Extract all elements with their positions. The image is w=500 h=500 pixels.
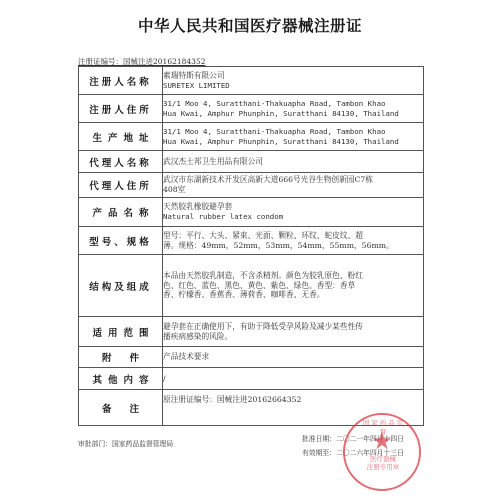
- valid-until-label: 有效期至：: [302, 449, 336, 457]
- row-label: 产品名称: [79, 198, 163, 227]
- value-line: 天然胶乳橡胶避孕套: [163, 202, 423, 212]
- table-row: 适用范围 避孕套在正确使用下，有助于降低受孕风险及减少某些性传 播疾病感染的风险…: [79, 317, 424, 347]
- value-line: /: [163, 374, 423, 384]
- value-line: 产品技术要求: [163, 352, 423, 362]
- value-line: 素瑞特斯有限公司: [163, 71, 423, 81]
- row-label: 代理人住所: [79, 173, 163, 198]
- value-line: 408室: [163, 185, 423, 195]
- cert-number-label: 注册证编号：: [78, 57, 123, 66]
- production-address: 31/1 Moo 4, Suratthani-Thakuapha Road, T…: [163, 123, 424, 151]
- table-row: 产品名称 天然胶乳橡胶避孕套 Natural rubber latex cond…: [79, 198, 424, 227]
- structure-composition: 本品由天然胶乳制造，不含杀精剂。颜色为胶乳原色、粉红 色、红色、蓝色、黑色、黄色…: [163, 255, 424, 317]
- table-row: 其他内容 /: [79, 368, 424, 390]
- product-name: 天然胶乳橡胶避孕套 Natural rubber latex condom: [163, 198, 424, 227]
- value-line: 香、柠檬香、香蕉香、薄荷香、咖啡香、无香。: [163, 290, 423, 300]
- value-line: 31/1 Moo 4, Suratthani-Thakuapha Road, T…: [163, 127, 423, 137]
- approval-dept-label: 审批部门：: [78, 440, 112, 448]
- other-content: /: [163, 368, 424, 390]
- row-label: 注册人名称: [79, 67, 163, 95]
- table-row: 代理人名称 武汉杰士邦卫生用品有限公司: [79, 151, 424, 173]
- table-row: 备注 原注册证编号：国械注进20162664352: [79, 390, 424, 426]
- value-line: Hua Kwai, Amphur Phunphin, Suratthani 84…: [163, 109, 423, 119]
- table-row: 注册人住所 31/1 Moo 4, Suratthani-Thakuapha R…: [79, 95, 424, 123]
- row-label: 适用范围: [79, 317, 163, 347]
- approval-date: 批准日期：二〇二一年四月十四日: [302, 432, 404, 446]
- seal-line: 注册专用章: [359, 463, 407, 471]
- value-line: 武汉市东湖新技术开发区高新大道666号光谷生物创新园C7栋: [163, 175, 423, 185]
- row-label: 生产地址: [79, 123, 163, 151]
- valid-until-value: 二〇二六年四月十三日: [336, 449, 404, 457]
- valid-until: 有效期至：二〇二六年四月十三日: [302, 446, 404, 460]
- row-label: 其他内容: [79, 368, 163, 390]
- value-line: SURETEX LIMITED: [163, 81, 423, 91]
- approval-date-label: 批准日期：: [302, 435, 336, 443]
- row-label: 附件: [79, 347, 163, 368]
- row-label: 备注: [79, 390, 163, 426]
- value-line: 薄。规格：49mm，52mm，53mm，54mm，55mm，56mm。: [163, 241, 423, 251]
- approval-dept-value: 国家药品监督管理局: [112, 440, 173, 448]
- value-line: Hua Kwai, Amphur Phunphin, Suratthani 84…: [163, 137, 423, 147]
- registration-table: 注册人名称 素瑞特斯有限公司 SURETEX LIMITED 注册人住所 31/…: [78, 66, 424, 426]
- approval-dates: 批准日期：二〇二一年四月十四日 有效期至：二〇二六年四月十三日: [302, 432, 404, 460]
- table-row: 注册人名称 素瑞特斯有限公司 SURETEX LIMITED: [79, 67, 424, 95]
- approval-department: 审批部门：国家药品监督管理局: [78, 438, 173, 448]
- model-spec: 型号：平行、大头、紧束、光面、颗粒、环纹、蛇皮纹、超 薄。规格：49mm，52m…: [163, 227, 424, 255]
- attachments: 产品技术要求: [163, 347, 424, 368]
- registrant-name: 素瑞特斯有限公司 SURETEX LIMITED: [163, 67, 424, 95]
- table-row: 代理人住所 武汉市东湖新技术开发区高新大道666号光谷生物创新园C7栋 408室: [79, 173, 424, 198]
- approval-date-value: 二〇二一年四月十四日: [336, 435, 404, 443]
- intended-use: 避孕套在正确使用下，有助于降低受孕风险及减少某些性传 播疾病感染的风险。: [163, 317, 424, 347]
- row-label: 注册人住所: [79, 95, 163, 123]
- cert-number-value: 国械注进20162184352: [123, 57, 206, 66]
- remarks: 原注册证编号：国械注进20162664352: [163, 390, 424, 426]
- value-line: Natural rubber latex condom: [163, 212, 423, 222]
- value-line: 播疾病感染的风险。: [163, 332, 423, 342]
- agent-address: 武汉市东湖新技术开发区高新大道666号光谷生物创新园C7栋 408室: [163, 173, 424, 198]
- value-line: 型号：平行、大头、紧束、光面、颗粒、环纹、蛇皮纹、超: [163, 231, 423, 241]
- page-title: 中华人民共和国医疗器械注册证: [0, 14, 500, 36]
- value-line: 武汉杰士邦卫生用品有限公司: [163, 157, 423, 167]
- row-label: 代理人名称: [79, 151, 163, 173]
- agent-name: 武汉杰士邦卫生用品有限公司: [163, 151, 424, 173]
- row-label: 结构及组成: [79, 255, 163, 317]
- table-row: 生产地址 31/1 Moo 4, Suratthani-Thakuapha Ro…: [79, 123, 424, 151]
- value-line: 避孕套在正确使用下，有助于降低受孕风险及减少某些性传: [163, 322, 423, 332]
- row-label: 型号、规格: [79, 227, 163, 255]
- value-line: 本品由天然胶乳制造，不含杀精剂。颜色为胶乳原色、粉红: [163, 271, 423, 281]
- table-row: 结构及组成 本品由天然胶乳制造，不含杀精剂。颜色为胶乳原色、粉红 色、红色、蓝色…: [79, 255, 424, 317]
- table-row: 型号、规格 型号：平行、大头、紧束、光面、颗粒、环纹、蛇皮纹、超 薄。规格：49…: [79, 227, 424, 255]
- value-line: 31/1 Moo 4, Suratthani-Thakuapha Road, T…: [163, 99, 423, 109]
- value-line: 原注册证编号：国械注进20162664352: [163, 395, 423, 405]
- table-row: 附件 产品技术要求: [79, 347, 424, 368]
- value-line: 色、红色、蓝色、黑色、黄色、紫色、绿色。香型：香草: [163, 281, 423, 291]
- registrant-address: 31/1 Moo 4, Suratthani-Thakuapha Road, T…: [163, 95, 424, 123]
